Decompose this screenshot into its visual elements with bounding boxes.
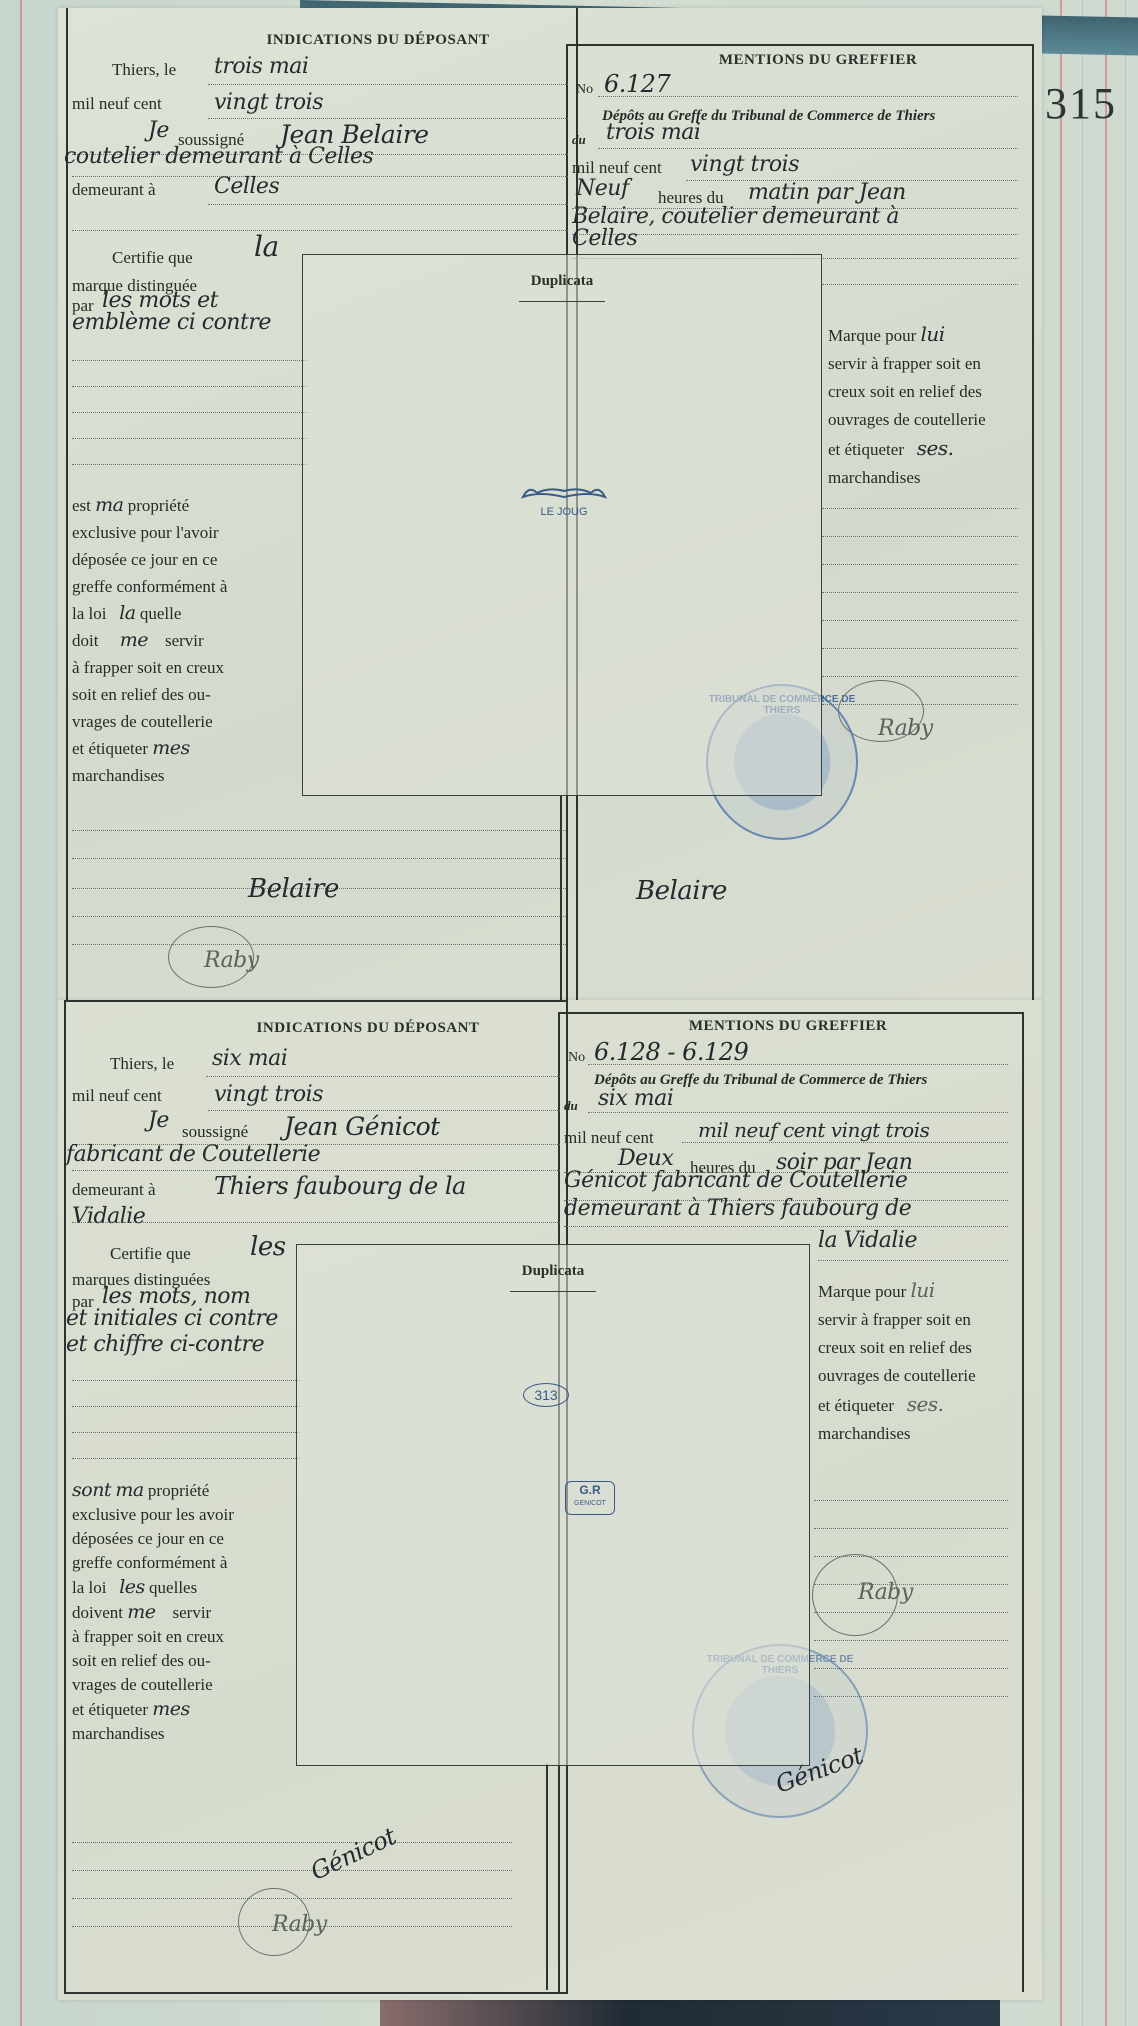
profession-handwritten: coutelier demeurant à Celles	[64, 144, 373, 169]
address-handwritten: Celles	[214, 174, 279, 199]
year-handwritten: vingt trois	[214, 1082, 323, 1107]
depositor-handwritten-2: Celles	[572, 226, 637, 251]
legal-text-block: est ma propriété exclusive pour l'avoir …	[72, 492, 308, 789]
heures-handwritten: matin par Jean	[748, 180, 906, 205]
date-handwritten: trois mai	[214, 54, 308, 79]
depositor-handwritten-1: Génicot fabricant de Coutellerie	[564, 1168, 907, 1193]
date-handwritten: six mai	[212, 1046, 287, 1071]
certifie-handwritten: les	[250, 1232, 286, 1262]
clerk-paraph: Raby	[272, 1912, 327, 1937]
greffier-signature: Belaire	[636, 876, 727, 906]
duplicata-box: Duplicata LE JOUG	[302, 254, 822, 796]
address-handwritten: Thiers faubourg de la	[214, 1172, 466, 1200]
initials-mark-icon: G.R GENICOT	[565, 1481, 615, 1515]
legal-text-block: sont ma propriété exclusive pour les avo…	[72, 1478, 300, 1746]
duplicata-box: Duplicata 313 G.R GENICOT	[296, 1244, 810, 1766]
number-label: No	[576, 82, 593, 98]
demeurant-label: demeurant à	[72, 180, 156, 200]
clerk-paraph: Raby	[204, 948, 259, 973]
year-label: mil neuf cent	[72, 94, 162, 114]
ledger-page-number: 315	[1045, 78, 1117, 129]
oval-number-mark-icon: 313	[523, 1383, 569, 1407]
greffier-usage-block: Marque pour lui servir à frapper soit en…	[828, 320, 1028, 492]
greffier-header: MENTIONS DU GREFFIER	[588, 1018, 988, 1035]
greffier-paraph: Raby	[858, 1580, 913, 1605]
greffier-year-label: mil neuf cent	[564, 1128, 654, 1148]
greffier-year-label: mil neuf cent	[572, 158, 662, 178]
greffier-header: MENTIONS DU GREFFIER	[618, 52, 1018, 69]
par-handwritten-2: emblème ci contre	[72, 310, 271, 335]
city-label: Thiers, le	[110, 1054, 174, 1074]
greffier-year-handwritten: mil neuf cent vingt trois	[698, 1118, 929, 1142]
greffier-paraph: Raby	[878, 716, 933, 741]
duplicata-title: Duplicata	[297, 1263, 809, 1280]
registration-form-1: INDICATIONS DU DÉPOSANT MENTIONS DU GREF…	[58, 8, 1042, 1000]
name-handwritten: Jean Génicot	[284, 1112, 440, 1141]
deposit-date-handwritten: six mai	[598, 1086, 673, 1111]
du-label: du	[572, 132, 586, 148]
soussigne-label: soussigné	[182, 1122, 248, 1142]
je-handwritten: Je	[148, 1108, 169, 1133]
profession-handwritten: fabricant de Coutellerie	[66, 1142, 320, 1167]
yoke-emblem-icon: LE JOUG	[509, 481, 619, 518]
du-label: du	[564, 1098, 578, 1114]
deposant-header: INDICATIONS DU DÉPOSANT	[168, 1020, 568, 1037]
address-handwritten-2: Vidalie	[72, 1204, 145, 1229]
depositor-handwritten-2: demeurant à Thiers faubourg de	[564, 1196, 911, 1221]
demeurant-label: demeurant à	[72, 1180, 156, 1200]
depositor-signature: Belaire	[248, 874, 339, 904]
number-label: No	[568, 1050, 585, 1066]
deposit-date-handwritten: trois mai	[606, 120, 700, 145]
city-label: Thiers, le	[112, 60, 176, 80]
registration-form-2: INDICATIONS DU DÉPOSANT MENTIONS DU GREF…	[58, 1000, 1042, 2000]
greffier-usage-block: Marque pour lui servir à frapper soit en…	[818, 1276, 1018, 1448]
certifie-label: Certifie que	[112, 248, 193, 268]
deposant-header: INDICATIONS DU DÉPOSANT	[178, 32, 578, 49]
greffier-year-handwritten: vingt trois	[690, 152, 799, 177]
year-handwritten: vingt trois	[214, 90, 323, 115]
registration-number: 6.128 - 6.129	[594, 1038, 748, 1066]
par-handwritten-3: et chiffre ci-contre	[66, 1332, 264, 1357]
depositor-handwritten-3: la Vidalie	[818, 1228, 917, 1253]
duplicata-title: Duplicata	[303, 273, 821, 290]
je-handwritten: Je	[148, 118, 169, 143]
par-handwritten-2: et initiales ci contre	[66, 1306, 278, 1331]
certifie-label: Certifie que	[110, 1244, 191, 1264]
registration-number: 6.127	[604, 70, 670, 98]
certifie-handwritten: la	[254, 230, 279, 263]
year-label: mil neuf cent	[72, 1086, 162, 1106]
hour-handwritten: Neuf	[576, 176, 629, 201]
